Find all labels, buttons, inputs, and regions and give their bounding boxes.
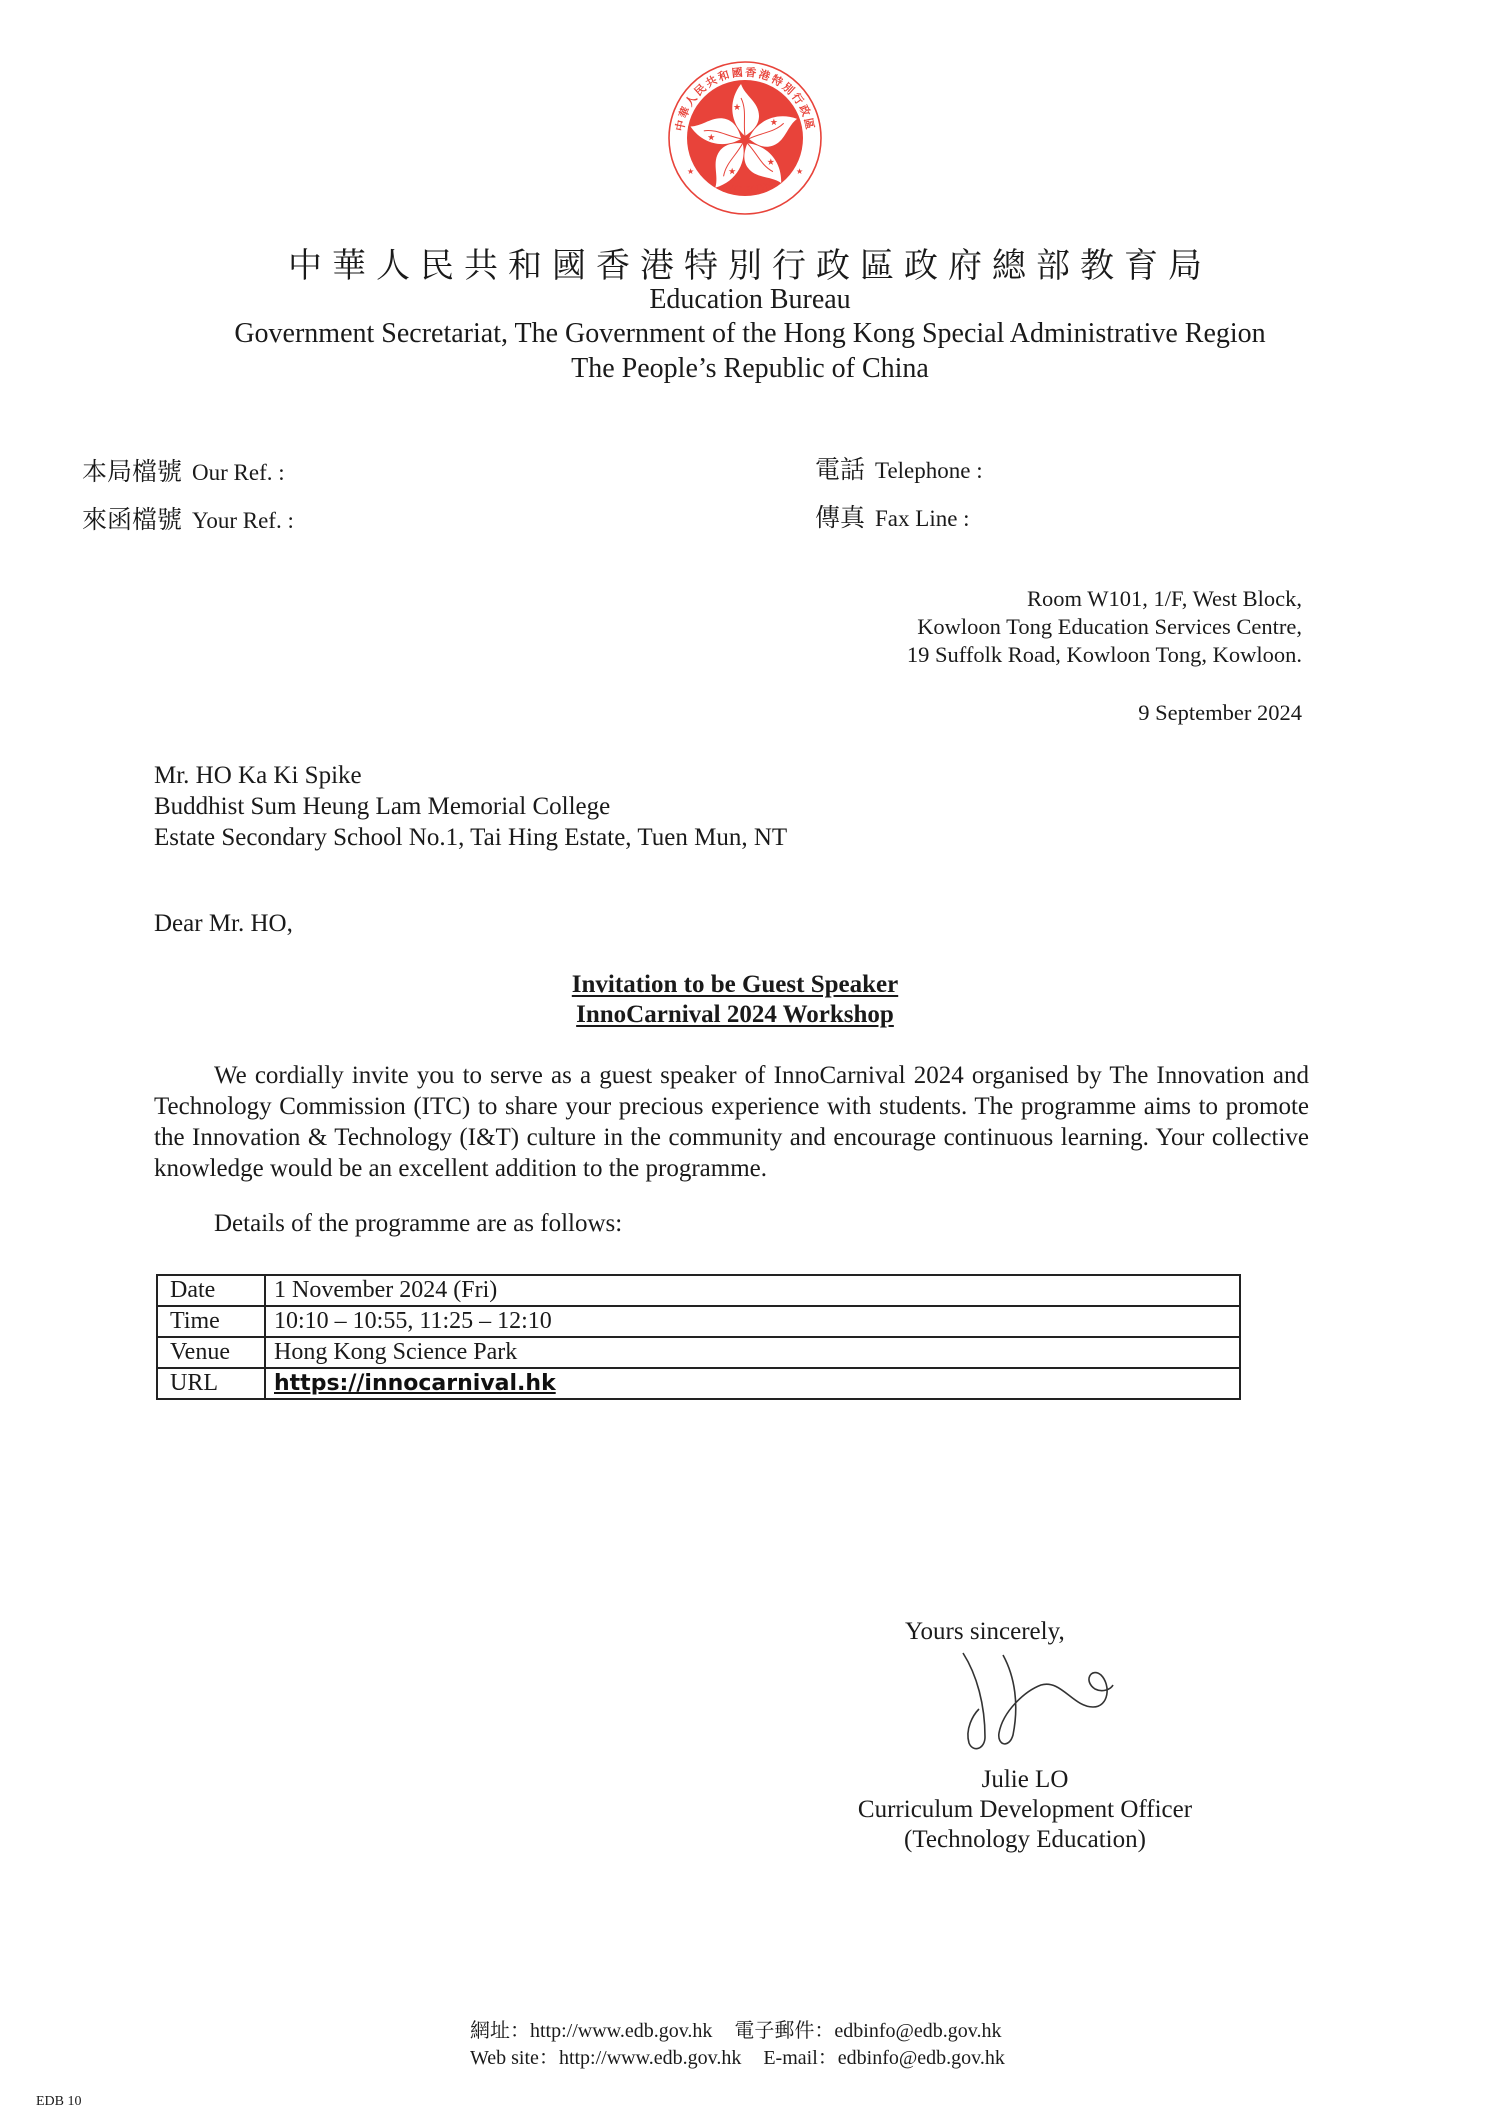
email-link-en[interactable]: edbinfo@edb.gov.hk [838, 2047, 1005, 2069]
recipient-name: Mr. HO Ka Ki Spike [154, 760, 787, 791]
header-government-name: Government Secretariat, The Government o… [0, 318, 1500, 350]
website-link-en[interactable]: http://www.edb.gov.hk [559, 2047, 741, 2069]
your-ref-label: Your Ref. : [192, 508, 294, 533]
address-line: Room W101, 1/F, West Block, [907, 585, 1302, 613]
recipient-organisation: Buddhist Sum Heung Lam Memorial College [154, 791, 787, 822]
signer-department: (Technology Education) [840, 1825, 1210, 1855]
row-value: 1 November 2024 (Fri) [265, 1275, 1240, 1306]
row-label: Date [157, 1275, 265, 1306]
telephone-label: Telephone : [875, 458, 983, 483]
header-chinese-name: 中華人民共和國香港特別行政區政府總部教育局 [0, 238, 1500, 287]
svg-text:★: ★ [796, 167, 803, 176]
letter-date: 9 September 2024 [1138, 700, 1302, 726]
signer-name: Julie LO [840, 1765, 1210, 1795]
row-label: Time [157, 1306, 265, 1337]
programme-url-link[interactable]: https://innocarnival.hk [274, 1371, 556, 1396]
svg-text:★: ★ [687, 167, 694, 176]
form-code: EDB 10 [36, 2094, 82, 2110]
email-label-en: E-mail： [763, 2047, 837, 2069]
table-row: URL https://innocarnival.hk [157, 1368, 1240, 1399]
closing: Yours sincerely, [905, 1618, 1065, 1646]
footer-contact: 網址：http://www.edb.gov.hk電子郵件：edbinfo@edb… [470, 2018, 1005, 2072]
row-value: https://innocarnival.hk [265, 1368, 1240, 1399]
recipient-block: Mr. HO Ka Ki Spike Buddhist Sum Heung La… [154, 760, 787, 853]
subject-heading: Invitation to be Guest Speaker InnoCarni… [0, 970, 1470, 1030]
row-value: Hong Kong Science Park [265, 1337, 1240, 1368]
signer-block: Julie LO Curriculum Development Officer … [840, 1765, 1210, 1855]
row-label: URL [157, 1368, 265, 1399]
row-value: 10:10 – 10:55, 11:25 – 12:10 [265, 1306, 1240, 1337]
fax-label: Fax Line : [875, 506, 970, 531]
hong-kong-emblem-icon: ★ 中華人民共和國香港特別行政區 HONG KONG ★ ★ [665, 58, 825, 218]
subject-line: InnoCarnival 2024 Workshop [0, 1000, 1470, 1030]
telephone-label-cn: 電話 [815, 457, 865, 484]
table-row: Venue Hong Kong Science Park [157, 1337, 1240, 1368]
fax-label-cn: 傳真 [815, 505, 865, 532]
sender-address: Room W101, 1/F, West Block, Kowloon Tong… [907, 585, 1302, 669]
our-ref-label: Our Ref. : [192, 460, 285, 485]
signer-title: Curriculum Development Officer [840, 1795, 1210, 1825]
address-line: 19 Suffolk Road, Kowloon Tong, Kowloon. [907, 641, 1302, 669]
table-row: Date 1 November 2024 (Fri) [157, 1275, 1240, 1306]
telephone-field: 電話Telephone : [815, 450, 983, 486]
email-label-cn: 電子郵件： [734, 2020, 834, 2042]
address-line: Kowloon Tong Education Services Centre, [907, 613, 1302, 641]
website-link-cn[interactable]: http://www.edb.gov.hk [530, 2020, 712, 2042]
details-intro: Details of the programme are as follows: [214, 1210, 622, 1238]
website-label-en: Web site： [470, 2047, 559, 2069]
recipient-address: Estate Secondary School No.1, Tai Hing E… [154, 822, 787, 853]
table-row: Time 10:10 – 10:55, 11:25 – 12:10 [157, 1306, 1240, 1337]
your-ref-label-cn: 來函檔號 [82, 507, 182, 534]
header-bureau-name: Education Bureau [0, 284, 1500, 316]
body-paragraph: We cordially invite you to serve as a gu… [154, 1060, 1309, 1184]
signature-icon [945, 1645, 1125, 1765]
website-label-cn: 網址： [470, 2020, 530, 2042]
header-country: The People’s Republic of China [0, 353, 1500, 385]
email-link-cn[interactable]: edbinfo@edb.gov.hk [834, 2020, 1001, 2042]
our-ref-label-cn: 本局檔號 [82, 459, 182, 486]
fax-field: 傳真Fax Line : [815, 498, 970, 534]
programme-details-table: Date 1 November 2024 (Fri) Time 10:10 – … [156, 1274, 1241, 1400]
letter-body: We cordially invite you to serve as a gu… [154, 1060, 1309, 1184]
salutation: Dear Mr. HO, [154, 910, 293, 938]
row-label: Venue [157, 1337, 265, 1368]
our-ref-field: 本局檔號Our Ref. : [82, 452, 285, 488]
subject-line: Invitation to be Guest Speaker [0, 970, 1470, 1000]
your-ref-field: 來函檔號Your Ref. : [82, 500, 294, 536]
